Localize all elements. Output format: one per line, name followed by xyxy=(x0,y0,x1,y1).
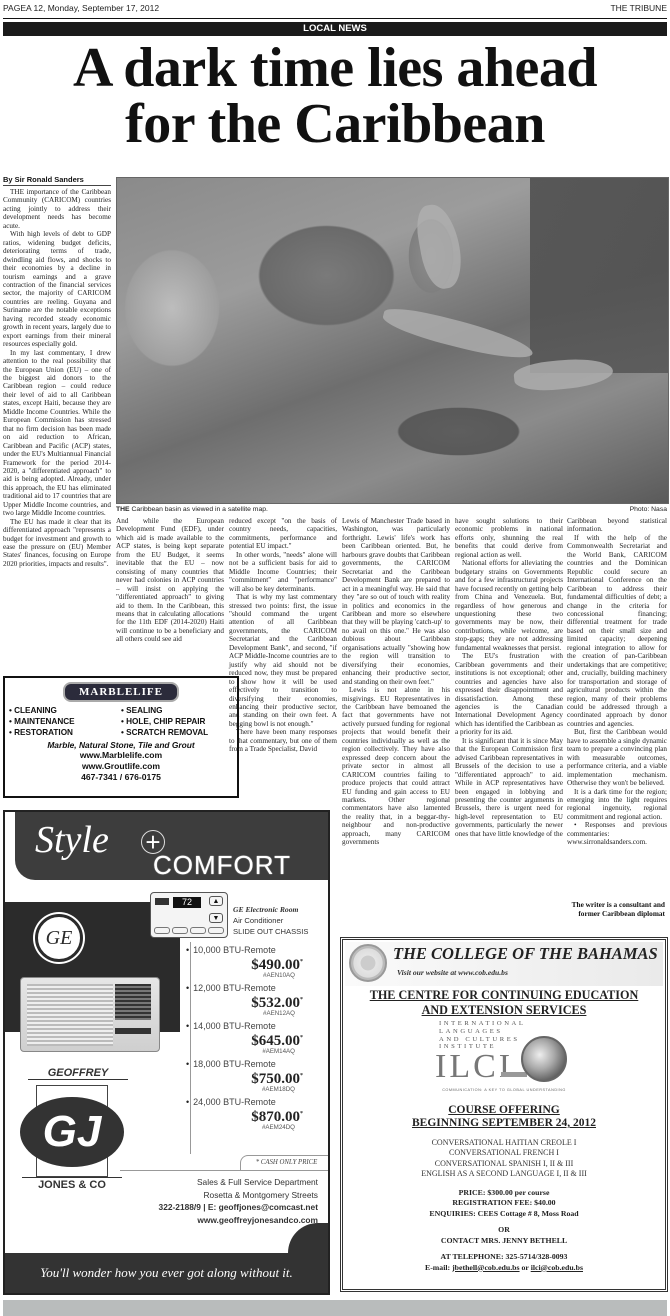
paragraph: But, first the Caribbean would have to a… xyxy=(567,728,667,787)
course-item: CONVERSATIONAL HAITIAN CREOLE I xyxy=(343,1138,665,1148)
model-code: #AEM24DQ xyxy=(188,1124,295,1131)
email-link-ilci[interactable]: ilci@cob.edu.bs xyxy=(531,1263,583,1272)
registration-fee: REGISTRATION FEE: $40.00 xyxy=(343,1198,665,1209)
section-label: LOCAL NEWS xyxy=(3,22,667,36)
photo-credit: Photo: Nasa xyxy=(630,506,667,513)
email-line: E-mail: jbethell@cob.edu.bs or ilci@cob.… xyxy=(343,1263,665,1274)
marblelife-logo: MARBLELIFE xyxy=(63,682,179,702)
model-line-2: Air Conditioner xyxy=(233,915,308,926)
ilci-motto: COMMUNICATION: A KEY TO GLOBAL UNDERSTAN… xyxy=(419,1088,589,1092)
paragraph: If with the help of the Commonwealth Sec… xyxy=(567,534,667,728)
price-item: 14,000 BTU-Remote $645.00* #AEM14AQ xyxy=(188,1021,303,1055)
price-item: 18,000 BTU-Remote $750.00* #AEM18DQ xyxy=(188,1059,303,1093)
key-icon xyxy=(501,1072,527,1077)
price-value: $490.00* xyxy=(188,955,303,972)
service-item: • CLEANING xyxy=(9,705,121,716)
cuba-island xyxy=(381,303,537,366)
paragraph: Lewis is not alone in his misgivings. EU… xyxy=(342,686,450,847)
marblelife-ad[interactable]: MARBLELIFE • CLEANING • SEALING • MAINTE… xyxy=(3,676,239,798)
course-price: PRICE: $300.00 per course xyxy=(343,1188,665,1199)
price-item: 12,000 BTU-Remote $532.00* #AEN12AQ xyxy=(188,983,303,1017)
temperature-display: 72 xyxy=(173,897,201,908)
paragraph: Caribbean beyond statistical information… xyxy=(567,517,667,534)
paragraph: The EU has made it clear that its differ… xyxy=(3,518,111,569)
enquiries: ENQUIRIES: CEES Cottage # 8, Moss Road xyxy=(343,1209,665,1220)
model-code: #AEM18DQ xyxy=(188,1086,295,1093)
btu-label: 10,000 BTU-Remote xyxy=(188,945,303,955)
price-value: $870.00* xyxy=(188,1107,303,1124)
paragraph: • Responses and previous commentaries: w… xyxy=(567,821,667,846)
ac-slot xyxy=(115,1028,151,1034)
florida-peninsula xyxy=(413,201,466,291)
service-item: • MAINTENANCE xyxy=(9,716,121,727)
course-info: PRICE: $300.00 per course REGISTRATION F… xyxy=(343,1188,665,1274)
ad-comfort-text: COMFORT xyxy=(153,850,291,881)
paragraph: It is a dark time for the region; emergi… xyxy=(567,788,667,822)
paragraph: reduced except "on the basis of country … xyxy=(229,517,337,551)
satellite-map-photo xyxy=(116,177,669,504)
ge-logo: GE xyxy=(35,914,83,962)
price-value: $750.00* xyxy=(188,1069,303,1086)
article-column-4: Lewis of Manchester Trade based in Washi… xyxy=(342,517,450,847)
paragraph: And while the European Development Fund … xyxy=(116,517,224,644)
groutlife-website-link[interactable]: www.Groutlife.com xyxy=(5,761,237,772)
photo-caption: THE Caribbean basin as viewed in a satel… xyxy=(116,506,268,513)
college-title: THE COLLEGE OF THE BAHAMAS xyxy=(393,944,658,964)
service-item: • SEALING xyxy=(121,705,233,716)
globe-icon xyxy=(521,1036,567,1082)
dealer-website-link[interactable]: www.geoffreyjonesandco.com xyxy=(159,1214,318,1227)
hispaniola-island xyxy=(512,355,614,394)
control-panel-image: 72 ▲ ▼ xyxy=(150,892,228,938)
marblelife-phone: 467-7341 / 676-0175 xyxy=(5,772,237,783)
price-list: 10,000 BTU-Remote $490.00* #AEN10AQ 12,0… xyxy=(188,945,303,1135)
contact-address: Rosetta & Montgomery Streets xyxy=(159,1189,318,1202)
paragraph: In other words, "needs" alone will not b… xyxy=(229,551,337,593)
cash-only-note: * CASH ONLY PRICE xyxy=(240,1155,330,1171)
ac-grill xyxy=(27,984,113,1046)
contact-department: Sales & Full Service Department xyxy=(159,1176,318,1189)
btu-label: 24,000 BTU-Remote xyxy=(188,1097,303,1107)
article-headline: A dark time lies ahead for the Caribbean xyxy=(0,40,670,152)
centre-title-line-2: AND EXTENSION SERVICES xyxy=(343,1003,665,1018)
article-column-1: THE importance of the Caribbean Communit… xyxy=(3,188,111,568)
paragraph: There have been many responses to that c… xyxy=(229,728,337,753)
marblelife-tagline: Marble, Natural Stone, Tile and Grout xyxy=(5,740,237,750)
air-conditioner-image xyxy=(20,977,160,1052)
marblelife-website-link[interactable]: www.Marblelife.com xyxy=(5,750,237,761)
model-code: #AEM14AQ xyxy=(188,1048,295,1055)
dealer-contact: Sales & Full Service Department Rosetta … xyxy=(159,1176,318,1226)
caption-lead: THE xyxy=(116,506,130,513)
page-info: PAGEA 12, Monday, September 17, 2012 xyxy=(3,3,159,16)
paragraph: The EU's frustration with Caribbean gove… xyxy=(455,652,563,737)
arrow-down-icon: ▼ xyxy=(209,913,223,923)
model-code: #AEN10AQ xyxy=(188,972,295,979)
product-description: GE Electronic Room Air Conditioner SLIDE… xyxy=(233,904,308,937)
dealer-name-top: GEOFFREY xyxy=(28,1067,128,1080)
paragraph: have sought solutions to their economic … xyxy=(455,517,563,559)
price-value: $645.00* xyxy=(188,1031,303,1048)
service-item: • HOLE, CHIP REPAIR xyxy=(121,716,233,727)
headline-line-1: A dark time lies ahead xyxy=(0,40,670,96)
btu-label: 18,000 BTU-Remote xyxy=(188,1059,303,1069)
footer-curve xyxy=(288,1223,328,1253)
contact-person: CONTACT MRS. JENNY BETHELL xyxy=(343,1236,665,1247)
telephone: AT TELEPHONE: 325-5714/328-0093 xyxy=(343,1252,665,1263)
college-header: THE COLLEGE OF THE BAHAMAS Visit our web… xyxy=(345,942,663,986)
service-item: • SCRATCH REMOVAL xyxy=(121,727,233,738)
btu-label: 14,000 BTU-Remote xyxy=(188,1021,303,1031)
panel-buttons xyxy=(154,927,224,934)
dealer-name-bottom: JONES & CO xyxy=(22,1177,122,1191)
headline-line-2: for the Caribbean xyxy=(0,96,670,152)
caption-text: Caribbean basin as viewed in a satellite… xyxy=(132,506,268,513)
price-item: 24,000 BTU-Remote $870.00* #AEM24DQ xyxy=(188,1097,303,1131)
btu-label: 12,000 BTU-Remote xyxy=(188,983,303,993)
course-offering-line-1: COURSE OFFERING xyxy=(343,1104,665,1117)
power-button-graphic xyxy=(155,898,169,905)
model-code: #AEN12AQ xyxy=(188,1010,295,1017)
centre-title: THE CENTRE FOR CONTINUING EDUCATION AND … xyxy=(343,988,665,1018)
price-item: 10,000 BTU-Remote $490.00* #AEN10AQ xyxy=(188,945,303,979)
ad-style-text: Style xyxy=(35,818,109,862)
divider xyxy=(120,1170,328,1171)
paragraph: Lewis of Manchester Trade based in Washi… xyxy=(342,517,450,686)
gj-monogram: GJ xyxy=(20,1097,124,1167)
ac-vent xyxy=(115,984,151,1020)
course-item: CONVERSATIONAL FRENCH I xyxy=(343,1148,665,1158)
paragraph: In my last commentary, I drew attention … xyxy=(3,349,111,518)
paragraph: National efforts for alleviating the bud… xyxy=(455,559,563,652)
ilci-acronym: ILCI xyxy=(435,1048,513,1086)
model-line-1: GE Electronic Room xyxy=(233,904,308,915)
ilci-name: INTERNATIONAL LANGUAGES AND CULTURES INS… xyxy=(439,1020,526,1051)
paragraph: With high levels of debt to GDP ratios, … xyxy=(3,230,111,348)
publication-name: THE TRIBUNE xyxy=(610,3,667,16)
article-column-6: Caribbean beyond statistical information… xyxy=(567,517,667,847)
or-text: OR xyxy=(343,1225,665,1236)
article-column-2: And while the European Development Fund … xyxy=(116,517,224,644)
ad-slogan: You'll wonder how you ever got along wit… xyxy=(5,1253,328,1293)
course-item: CONVERSATIONAL SPANISH I, II & III xyxy=(343,1159,665,1169)
centre-title-line-1: THE CENTRE FOR CONTINUING EDUCATION xyxy=(343,988,665,1003)
course-list: CONVERSATIONAL HAITIAN CREOLE I CONVERSA… xyxy=(343,1138,665,1180)
course-offering-line-2: BEGINNING SEPTEMBER 24, 2012 xyxy=(343,1117,665,1130)
price-value: $532.00* xyxy=(188,993,303,1010)
article-column-5: have sought solutions to their economic … xyxy=(455,517,563,838)
byline: By Sir Ronald Sanders xyxy=(3,175,111,186)
ge-air-conditioner-ad[interactable]: Style + COMFORT GE 72 ▲ ▼ GE Electronic … xyxy=(3,810,330,1295)
college-bahamas-ad[interactable]: THE COLLEGE OF THE BAHAMAS Visit our web… xyxy=(340,937,668,1292)
bottom-band xyxy=(3,1300,667,1316)
page-header: PAGEA 12, Monday, September 17, 2012 THE… xyxy=(3,3,667,19)
paragraph: That is why my last commentary stressed … xyxy=(229,593,337,728)
service-item: • RESTORATION xyxy=(9,727,121,738)
paragraph: It is significant that it is since May t… xyxy=(455,737,563,838)
author-note: The writer is a consultant and former Ca… xyxy=(565,901,665,918)
ocean-area xyxy=(530,178,668,373)
email-link-jbethell[interactable]: jbethell@cob.edu.bs xyxy=(452,1263,519,1272)
course-item: ENGLISH AS A SECOND LANGUAGE I, II & III xyxy=(343,1169,665,1179)
arrow-up-icon: ▲ xyxy=(209,896,223,906)
paragraph: THE importance of the Caribbean Communit… xyxy=(3,188,111,230)
article-column-3: reduced except "on the basis of country … xyxy=(229,517,337,754)
college-website-link[interactable]: Visit our website at www.cob.edu.bs xyxy=(397,968,508,977)
course-offering-title: COURSE OFFERING BEGINNING SEPTEMBER 24, … xyxy=(343,1104,665,1130)
ilci-logo: INTERNATIONAL LANGUAGES AND CULTURES INS… xyxy=(429,1020,579,1098)
marblelife-services: • CLEANING • SEALING • MAINTENANCE • HOL… xyxy=(5,702,237,738)
college-seal-icon xyxy=(349,944,387,982)
contact-phone-email[interactable]: 322-2188/9 | E: geoffjones@comcast.net xyxy=(159,1201,318,1214)
model-line-3: SLIDE OUT CHASSIS xyxy=(233,926,308,937)
geoffrey-jones-logo: GEOFFREY GJ JONES & CO xyxy=(20,1067,125,1182)
